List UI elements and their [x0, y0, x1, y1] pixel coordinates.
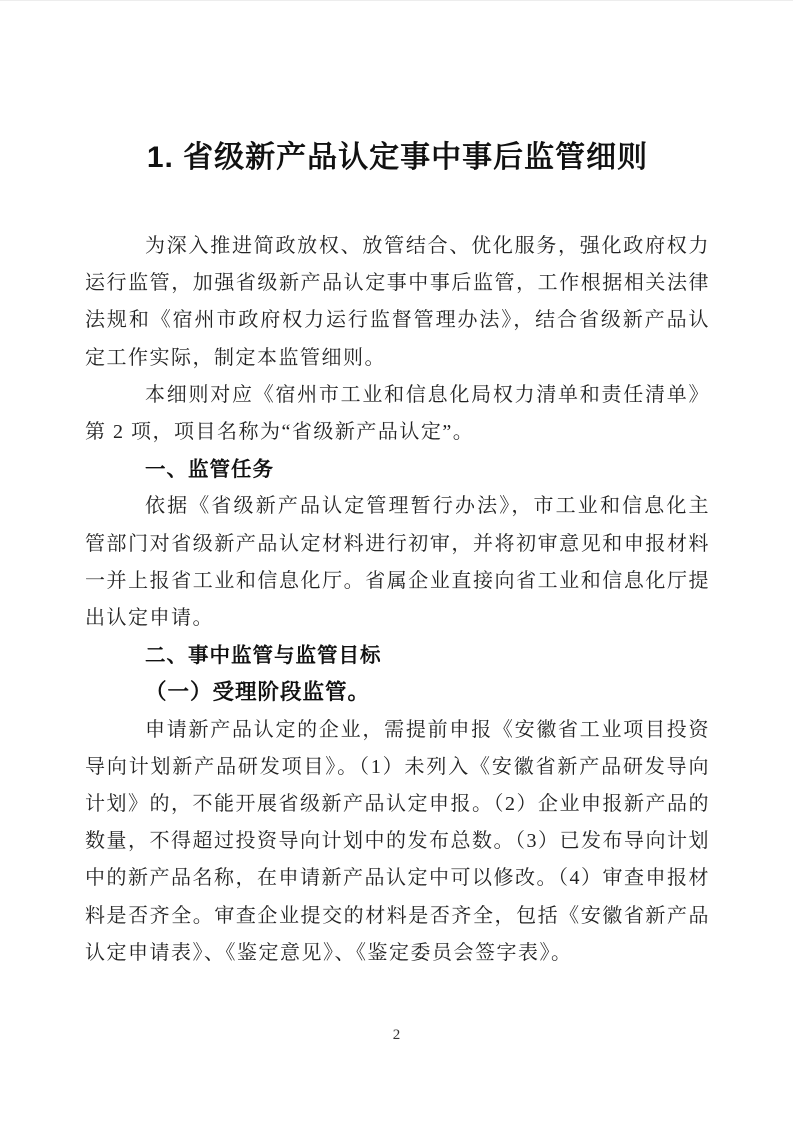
- document-title: 1. 省级新产品认定事中事后监管细则: [85, 1, 710, 181]
- paragraph-intro: 为深入推进简政放权、放管结合、优化服务，强化政府权力运行监管，加强省级新产品认定…: [85, 228, 710, 377]
- document-content: 1. 省级新产品认定事中事后监管细则 为深入推进简政放权、放管结合、优化服务，强…: [85, 1, 710, 972]
- section-heading-supervision-tasks: 一、监管任务: [85, 451, 710, 488]
- document-page: 1. 省级新产品认定事中事后监管细则 为深入推进简政放权、放管结合、优化服务，强…: [0, 0, 793, 1122]
- paragraph-acceptance-detail: 申请新产品认定的企业，需提前申报《安徽省工业项目投资导向计划新产品研发项目》。（…: [85, 712, 710, 972]
- paragraph-basis: 本细则对应《宿州市工业和信息化局权力清单和责任清单》第 2 项，项目名称为“省级…: [85, 377, 710, 451]
- page-number: 2: [0, 1027, 793, 1044]
- section-heading-inprocess-supervision: 二、事中监管与监管目标: [85, 637, 710, 674]
- document-body: 为深入推进简政放权、放管结合、优化服务，强化政府权力运行监管，加强省级新产品认定…: [85, 228, 710, 972]
- paragraph-tasks-detail: 依据《省级新产品认定管理暂行办法》，市工业和信息化主管部门对省级新产品认定材料进…: [85, 488, 710, 637]
- subsection-heading-acceptance-stage: （一）受理阶段监管。: [85, 674, 710, 711]
